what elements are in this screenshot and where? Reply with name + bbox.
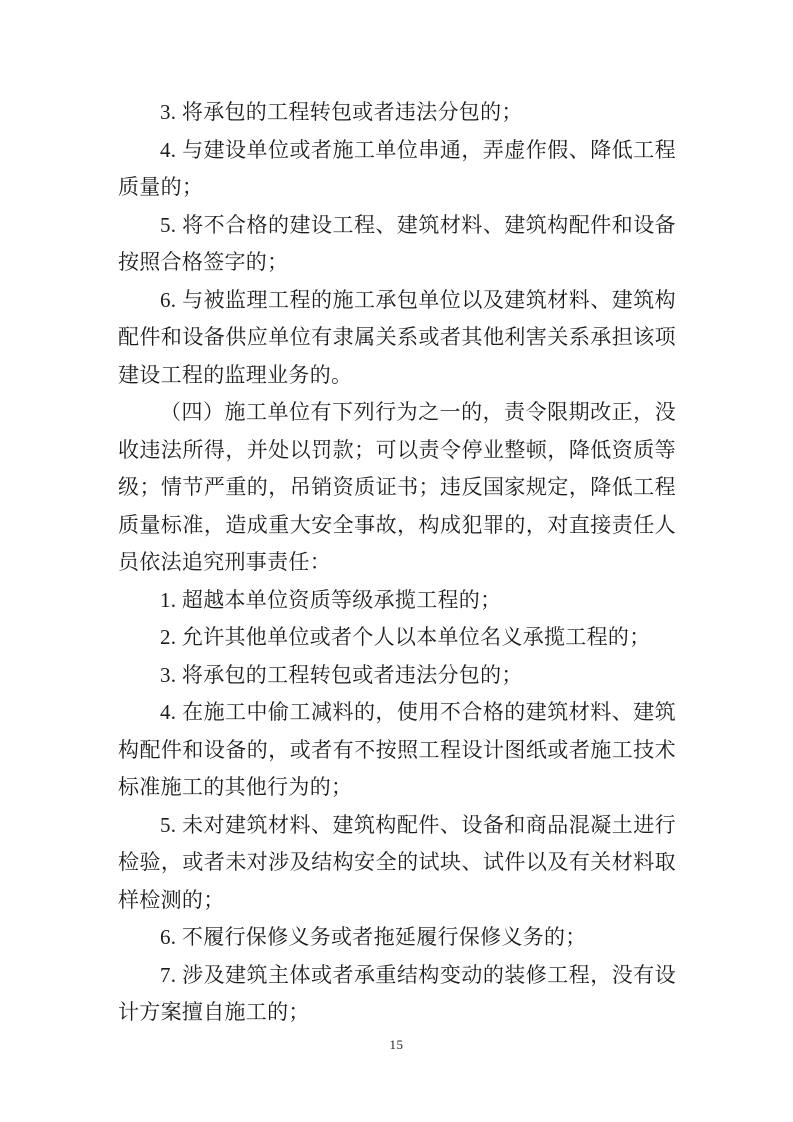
page-footer: 15 <box>0 1036 793 1054</box>
paragraph: 3. 将承包的工程转包或者违法分包的； <box>118 94 676 132</box>
paragraph: 6. 不履行保修义务或者拖延履行保修义务的； <box>118 919 676 957</box>
paragraph: 2. 允许其他单位或者个人以本单位名义承揽工程的； <box>118 619 676 657</box>
page-number: 15 <box>390 1037 404 1052</box>
document-body: 3. 将承包的工程转包或者违法分包的； 4. 与建设单位或者施工单位串通，弄虚作… <box>118 94 676 1032</box>
paragraph: 1. 超越本单位资质等级承揽工程的； <box>118 582 676 620</box>
paragraph: 4. 与建设单位或者施工单位串通，弄虚作假、降低工程质量的； <box>118 132 676 207</box>
paragraph: 5. 未对建筑材料、建筑构配件、设备和商品混凝土进行检验，或者未对涉及结构安全的… <box>118 807 676 920</box>
document-page: 3. 将承包的工程转包或者违法分包的； 4. 与建设单位或者施工单位串通，弄虚作… <box>0 0 793 1122</box>
paragraph: 5. 将不合格的建设工程、建筑材料、建筑构配件和设备按照合格签字的； <box>118 207 676 282</box>
paragraph: 4. 在施工中偷工减料的，使用不合格的建筑材料、建筑构配件和设备的，或者有不按照… <box>118 694 676 807</box>
paragraph: （四）施工单位有下列行为之一的，责令限期改正，没收违法所得，并处以罚款；可以责令… <box>118 394 676 582</box>
paragraph: 3. 将承包的工程转包或者违法分包的； <box>118 657 676 695</box>
paragraph: 7. 涉及建筑主体或者承重结构变动的装修工程，没有设计方案擅自施工的； <box>118 957 676 1032</box>
paragraph: 6. 与被监理工程的施工承包单位以及建筑材料、建筑构配件和设备供应单位有隶属关系… <box>118 282 676 395</box>
